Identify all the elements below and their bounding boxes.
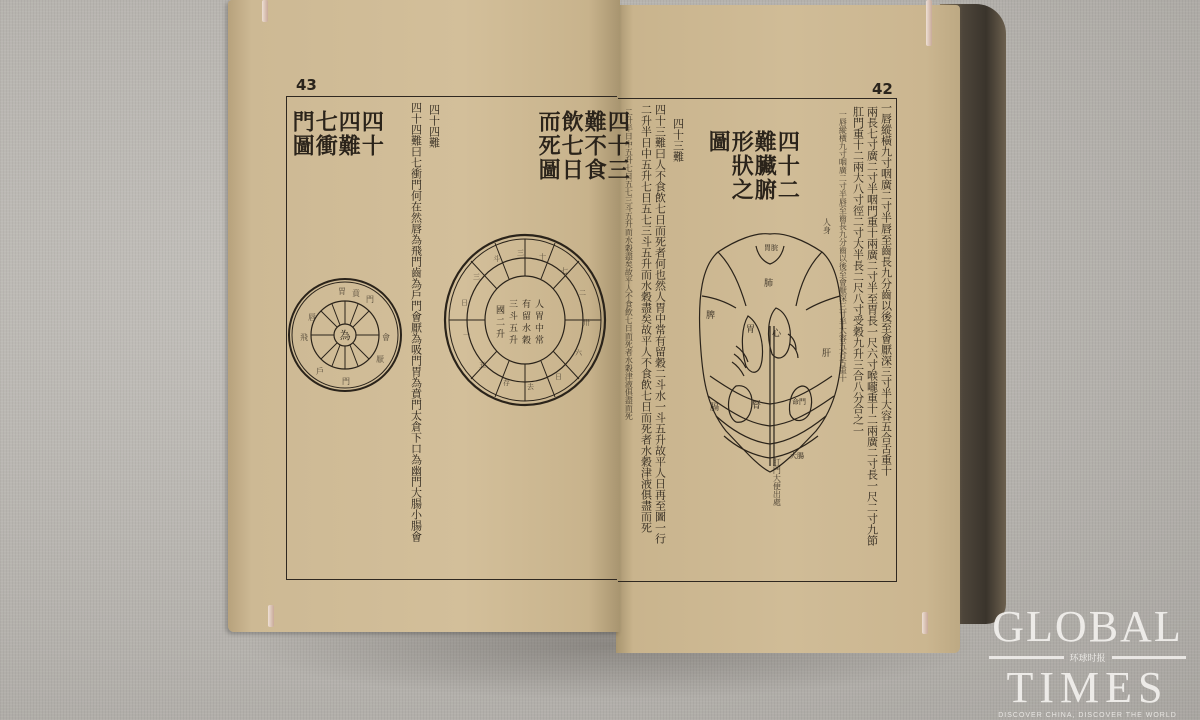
svg-text:厭: 厭 [376, 354, 384, 364]
watermark-times: TIMES [985, 666, 1190, 710]
watermark-rule [989, 656, 1064, 659]
svg-text:升: 升 [509, 334, 518, 346]
svg-text:胃脘: 胃脘 [764, 243, 778, 252]
svg-text:大腸: 大腸 [790, 451, 804, 460]
svg-text:五: 五 [509, 323, 518, 334]
svg-text:飛: 飛 [300, 333, 308, 342]
svg-text:三: 三 [473, 273, 480, 281]
right-subheading: 四十三難 [672, 118, 684, 198]
svg-text:去: 去 [527, 382, 534, 391]
svg-text:留: 留 [522, 310, 531, 322]
svg-text:胃: 胃 [535, 311, 544, 322]
svg-text:門: 門 [366, 295, 374, 304]
svg-text:命門: 命門 [792, 397, 806, 406]
svg-text:升: 升 [496, 328, 505, 340]
svg-text:二: 二 [579, 289, 586, 297]
seven-gates-wheel-diagram: 為 胃賁門 唇飛會 厭戶門 [286, 276, 404, 394]
svg-text:門: 門 [342, 377, 350, 386]
svg-text:心: 心 [772, 327, 782, 339]
organ-label-anus: 肛門大便出處 [772, 458, 780, 508]
svg-text:中: 中 [535, 322, 544, 334]
watermark-tagline: DISCOVER CHINA, DISCOVER THE WORLD [985, 712, 1190, 719]
svg-text:六: 六 [575, 348, 583, 357]
display-pin [262, 0, 268, 22]
display-pin [926, 0, 932, 46]
right-edge-column-1: 一唇縱橫九寸咽廣二寸半唇至齒長九分齒以後至會厭深三寸半大容五合舌重十 [880, 102, 892, 578]
internal-organs-diagram: 胃脘 肺 脾 胃 心 肝 腎 命門 膈 大腸 [696, 226, 846, 488]
svg-text:戶: 戶 [316, 366, 324, 376]
svg-text:二: 二 [496, 318, 505, 328]
svg-text:穀: 穀 [522, 334, 531, 346]
display-pin [268, 605, 274, 627]
svg-text:日: 日 [461, 299, 468, 307]
stomach-grain-wheel-diagram: 人胃中常 有留水穀 三斗五升 國二升 三十七二 卅六日去 存五一日 三斗 [443, 233, 607, 407]
svg-text:唇: 唇 [308, 313, 316, 322]
svg-text:胃: 胃 [746, 324, 755, 335]
svg-text:水: 水 [522, 322, 531, 334]
watermark-global: GLOBAL [985, 605, 1190, 649]
svg-text:三: 三 [509, 299, 518, 310]
svg-text:膈: 膈 [710, 402, 719, 413]
svg-text:存: 存 [503, 378, 510, 387]
svg-text:斗: 斗 [509, 310, 518, 322]
left-subheading: 四十四難 [428, 104, 440, 184]
svg-text:常: 常 [535, 334, 544, 346]
svg-text:卅: 卅 [583, 318, 590, 327]
svg-text:五: 五 [479, 361, 486, 369]
svg-text:會: 會 [382, 332, 390, 342]
svg-text:有: 有 [522, 298, 531, 310]
svg-text:斗: 斗 [493, 254, 500, 263]
svg-text:十: 十 [539, 252, 546, 261]
watermark-rule [1112, 656, 1187, 659]
svg-text:人: 人 [535, 298, 544, 310]
svg-text:一: 一 [463, 331, 470, 339]
left-body-column: 四十四難曰七衝門何在然唇為飛門齒為戶門會厭為吸門胃為賁門太倉下口為幽門大腸小腸會 [410, 102, 422, 576]
svg-text:賁: 賁 [352, 288, 361, 298]
left-title-43: 四十三難不食飲七日而死圖 [536, 110, 628, 202]
svg-text:為: 為 [340, 328, 351, 342]
left-title-44: 四十四難七衝門圖 [290, 110, 382, 180]
svg-text:胃: 胃 [338, 287, 346, 296]
right-edge-column-3: 肛門重十二兩大八寸徑二寸大半長二尺八寸受穀九升三合八分合之一 [852, 106, 864, 578]
svg-text:腎: 腎 [752, 400, 761, 411]
svg-text:日: 日 [555, 373, 562, 381]
display-pin [922, 612, 928, 634]
svg-text:七: 七 [561, 266, 568, 275]
svg-text:國: 國 [496, 305, 505, 316]
page-number-left: 43 [296, 76, 317, 94]
svg-text:肺: 肺 [764, 277, 773, 289]
svg-text:肝: 肝 [822, 348, 831, 359]
right-commentary-column: 二升半日中五升七日五七三斗五升而水穀盡矣故平人不食飲七日而死者水穀津液俱盡而死 [624, 108, 632, 578]
svg-text:三: 三 [517, 249, 524, 257]
svg-text:脾: 脾 [706, 309, 715, 321]
right-edge-column-2: 兩長七寸廣二寸半咽門重十兩廣二寸半至胃長一尺六寸喉嚨重十二兩廣二寸長一尺二寸九節 [866, 106, 878, 578]
page-number-right: 42 [872, 80, 893, 98]
right-body-column-1: 四十三難曰人不食飲七日而死者何也然人胃中常有留穀二斗水一斗五升故平人日再至圖一行 [654, 104, 666, 578]
right-title-42: 四十二難臟腑形狀之圖 [706, 130, 798, 210]
right-body-column-2: 二升半日中五升七日五七三斗五升而水穀盡矣故平人不食飲七日而死者水穀津液俱盡而死 [640, 104, 652, 578]
global-times-watermark: GLOBAL 环球时报 TIMES DISCOVER CHINA, DISCOV… [985, 605, 1190, 719]
